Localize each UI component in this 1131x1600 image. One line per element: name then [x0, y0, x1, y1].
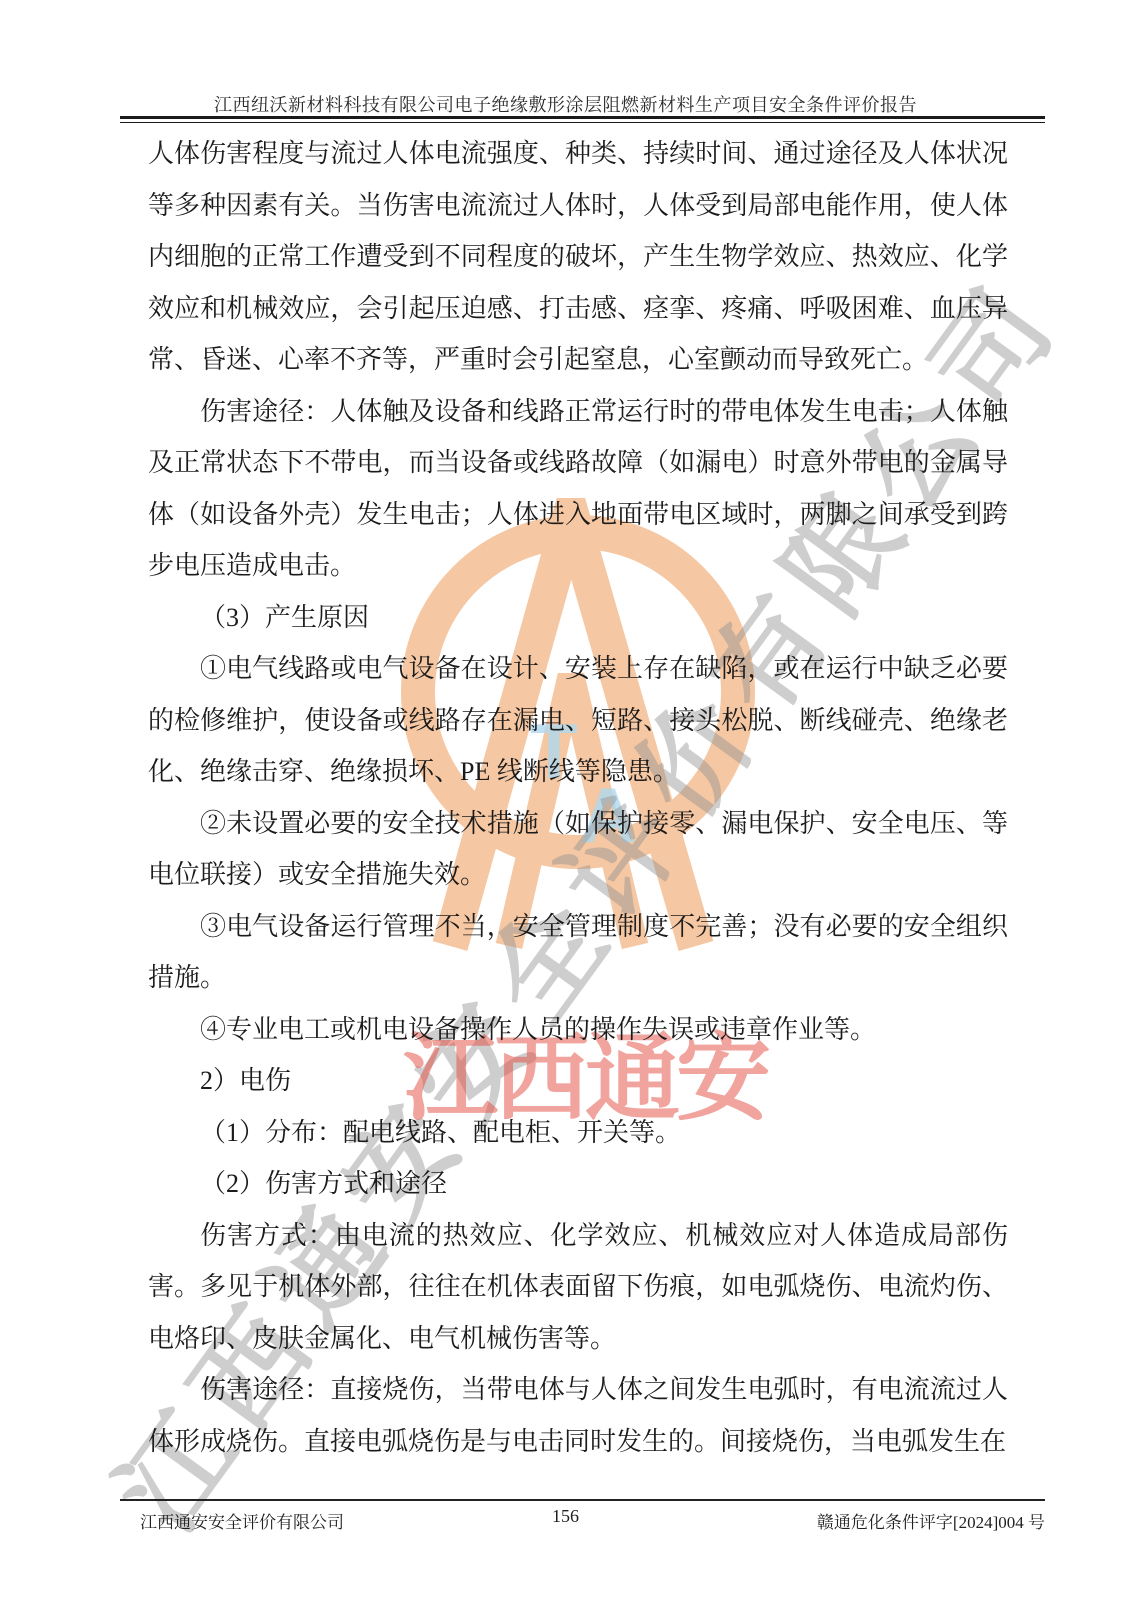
body-paragraph: （3）产生原因: [148, 592, 1008, 644]
footer-rule: [120, 1499, 1045, 1501]
body-paragraph: （2）伤害方式和途径: [148, 1158, 1008, 1210]
body-paragraph: ②未设置必要的安全技术措施（如保护接零、漏电保护、安全电压、等电位联接）或安全措…: [148, 798, 1008, 901]
page-content: 江西纽沃新材料科技有限公司电子绝缘敷形涂层阻燃新材料生产项目安全条件评价报告 人…: [0, 0, 1131, 1600]
header-rule-thin: [120, 122, 1045, 123]
body-paragraph: （1）分布：配电线路、配电柜、开关等。: [148, 1107, 1008, 1159]
body-paragraph: 人体伤害程度与流过人体电流强度、种类、持续时间、通过途径及人体状况等多种因素有关…: [148, 128, 1008, 386]
body-text-block: 人体伤害程度与流过人体电流强度、种类、持续时间、通过途径及人体状况等多种因素有关…: [148, 128, 1008, 1467]
body-paragraph: ④专业电工或机电设备操作人员的操作失误或违章作业等。: [148, 1004, 1008, 1056]
document-page: T A 江西通安安全评价有限公司 江西通安 江西纽沃新材料科技有限公司电子绝缘敷…: [0, 0, 1131, 1600]
body-paragraph: ①电气线路或电气设备在设计、安装上存在缺陷，或在运行中缺乏必要的检修维护，使设备…: [148, 643, 1008, 798]
report-header-title: 江西纽沃新材料科技有限公司电子绝缘敷形涂层阻燃新材料生产项目安全条件评价报告: [0, 91, 1131, 117]
header-rule-thick: [120, 116, 1045, 119]
body-paragraph: 伤害途径：直接烧伤，当带电体与人体之间发生电弧时，有电流流过人体形成烧伤。直接电…: [148, 1364, 1008, 1467]
footer-doc-number: 赣通危化条件评字[2024]004 号: [817, 1508, 1045, 1533]
body-paragraph: 伤害方式：由电流的热效应、化学效应、机械效应对人体造成局部伤害。多见于机体外部，…: [148, 1210, 1008, 1365]
body-paragraph: 伤害途径：人体触及设备和线路正常运行时的带电体发生电击；人体触及正常状态下不带电…: [148, 386, 1008, 592]
body-paragraph: 2）电伤: [148, 1055, 1008, 1107]
body-paragraph: ③电气设备运行管理不当，安全管理制度不完善；没有必要的安全组织措施。: [148, 901, 1008, 1004]
